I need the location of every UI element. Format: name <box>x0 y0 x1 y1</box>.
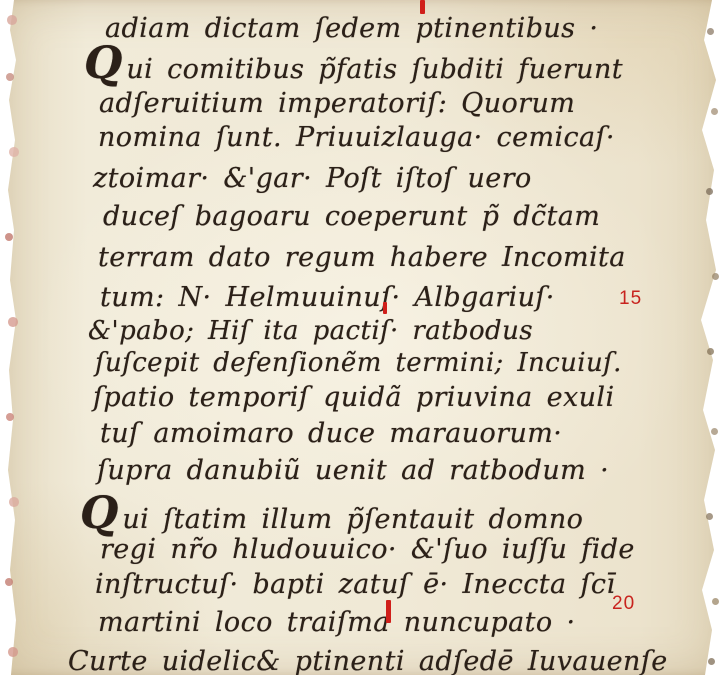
manuscript-photo: adiam dictam ſedem ptinentibus · Qui com… <box>0 0 725 675</box>
margin-line-number-15: 15 <box>619 288 642 310</box>
manuscript-line: &'pabo; Hiſ ita pactiſ· ratbodus <box>88 318 533 344</box>
manuscript-line: regi nr̃o hludouuico· &'ſuo iuſſu fide <box>100 536 635 563</box>
red-tick-mark <box>420 0 425 14</box>
manuscript-line: martini loco traiſma nuncupato · <box>98 609 575 636</box>
red-tick-mark <box>383 302 387 314</box>
manuscript-line: tuſ amoimaro duce marauorum· <box>100 420 562 447</box>
manuscript-line: ſupra danubiũ uenit ad ratbodum · <box>97 457 609 484</box>
torn-edge-left <box>0 0 4 4</box>
manuscript-line: ſpatio temporiſ quidã priuvina exuli <box>93 384 615 411</box>
manuscript-line: terram dato regum habere Incomita <box>98 244 626 271</box>
manuscript-line: duceſ bagoaru coeperunt p̃ dc̃tam <box>103 203 600 230</box>
margin-line-number-20: 20 <box>612 593 635 615</box>
parchment-page: adiam dictam ſedem ptinentibus · Qui com… <box>0 0 725 675</box>
manuscript-line: ſuſcepit defenſionẽm termini; Incuiuſ. <box>95 350 622 376</box>
manuscript-line: Qui comitibus p̃fatis ſubditi fuerunt <box>84 42 623 86</box>
manuscript-line: nomina ſunt. Priuuizlauga· cemicaſ· <box>98 124 615 151</box>
margin-line-number-10: 10 <box>624 0 647 6</box>
manuscript-line: inſtructuſ· bapti zatuſ ē· Ineccta ſcī <box>95 571 615 598</box>
manuscript-line: tum: N· Helmuuinuſ· Albgariuſ· <box>100 284 555 311</box>
red-tick-mark <box>386 600 391 623</box>
manuscript-line: ztoimar· &'gar· Poſt iſtoſ uero <box>93 165 532 192</box>
manuscript-line: Qui ſtatim illum p̃ſentauit domno <box>80 492 583 536</box>
manuscript-line: adiam dictam ſedem ptinentibus · <box>105 15 598 42</box>
manuscript-line: Curte uidelic& ptinenti adſedē Iuvauenſe <box>68 648 668 675</box>
manuscript-line: adſeruitium imperatoriſ: Quorum <box>99 90 575 117</box>
